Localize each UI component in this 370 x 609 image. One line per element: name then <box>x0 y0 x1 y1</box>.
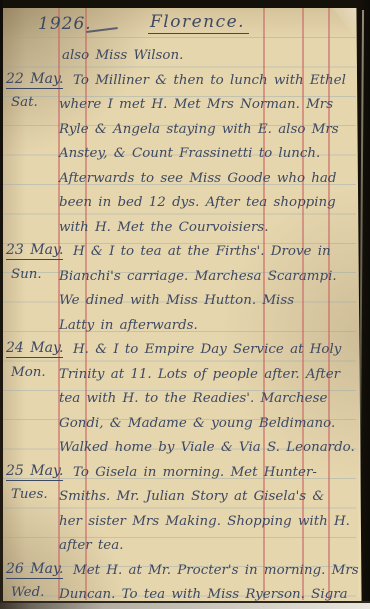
entry-line: her sister Mrs Making. Shopping with H. <box>59 510 358 535</box>
diary-entry: 24 May.Mon.H. & I to Empire Day Service … <box>0 338 358 461</box>
entry-line: Bianchi's carriage. Marchesa Scarampi. <box>59 265 358 290</box>
page-title: Florence. <box>148 12 249 34</box>
entry-date: 24 May. <box>6 340 63 358</box>
entry-line: We dined with Miss Hutton. Miss <box>59 289 358 314</box>
entry-line: H. & I to Empire Day Service at Holy <box>59 338 358 363</box>
entry-day: Sat. <box>11 95 38 110</box>
entry-line: after tea. <box>59 534 358 559</box>
entry-day: Tues. <box>11 487 48 502</box>
entry-day: Sun. <box>11 267 42 282</box>
page-edge-bottom <box>0 601 370 609</box>
entry-date: 23 May. <box>6 242 63 260</box>
entry-date: 25 May. <box>6 463 63 481</box>
entry-line: To Milliner & then to lunch with Ethel <box>59 69 358 94</box>
photo-edge-left <box>0 0 3 609</box>
entry-line: tea with H. to the Readies'. Marchese <box>59 387 358 412</box>
entry-day: Mon. <box>11 365 46 380</box>
entry-line: Gondi, & Madame & young Beldimano. <box>59 412 358 437</box>
entry-line: Walked home by Viale & Via S. Leonardo. <box>59 436 358 461</box>
entry-line: Anstey, & Count Frassinetti to lunch. <box>59 142 358 167</box>
entry-line: Met H. at Mr. Procter's in morning. Mrs <box>59 559 358 584</box>
entry-date: 22 May. <box>6 71 63 89</box>
entry-line: Latty in afterwards. <box>59 314 358 339</box>
entry-line: To Gisela in morning. Met Hunter- <box>59 461 358 486</box>
entry-line: with H. Met the Courvoisiers. <box>59 216 358 241</box>
entry-line: Afterwards to see Miss Goode who had <box>59 167 358 192</box>
photo-edge-top <box>0 0 370 8</box>
diary-entry: 22 May.Sat.To Milliner & then to lunch w… <box>0 69 358 241</box>
entry-line: Ryle & Angela staying with E. also Mrs <box>59 118 358 143</box>
entry-line: where I met H. Met Mrs Norman. Mrs <box>59 93 358 118</box>
year-label: 1926. <box>38 14 92 34</box>
entry-day: Wed. <box>11 585 44 600</box>
entry-line: Smiths. Mr. Julian Story at Gisela's & <box>59 485 358 510</box>
notebook-page: 1926. Florence. also Miss Wilson. 22 May… <box>0 0 370 609</box>
entries: 22 May.Sat.To Milliner & then to lunch w… <box>0 69 358 608</box>
diary-entry: 23 May.Sun.H & I to tea at the Firths'. … <box>0 240 358 338</box>
entry-date: 26 May. <box>6 561 63 579</box>
diary-entry: 25 May.Tues.To Gisela in morning. Met Hu… <box>0 461 358 559</box>
entry-line: H & I to tea at the Firths'. Drove in <box>59 240 358 265</box>
entry-line: been in bed 12 dys. After tea shopping <box>59 191 358 216</box>
diary-content: also Miss Wilson. 22 May.Sat.To Milliner… <box>0 44 358 608</box>
continuation-line: also Miss Wilson. <box>62 44 358 69</box>
entry-line: Trinity at 11. Lots of people after. Aft… <box>59 363 358 388</box>
